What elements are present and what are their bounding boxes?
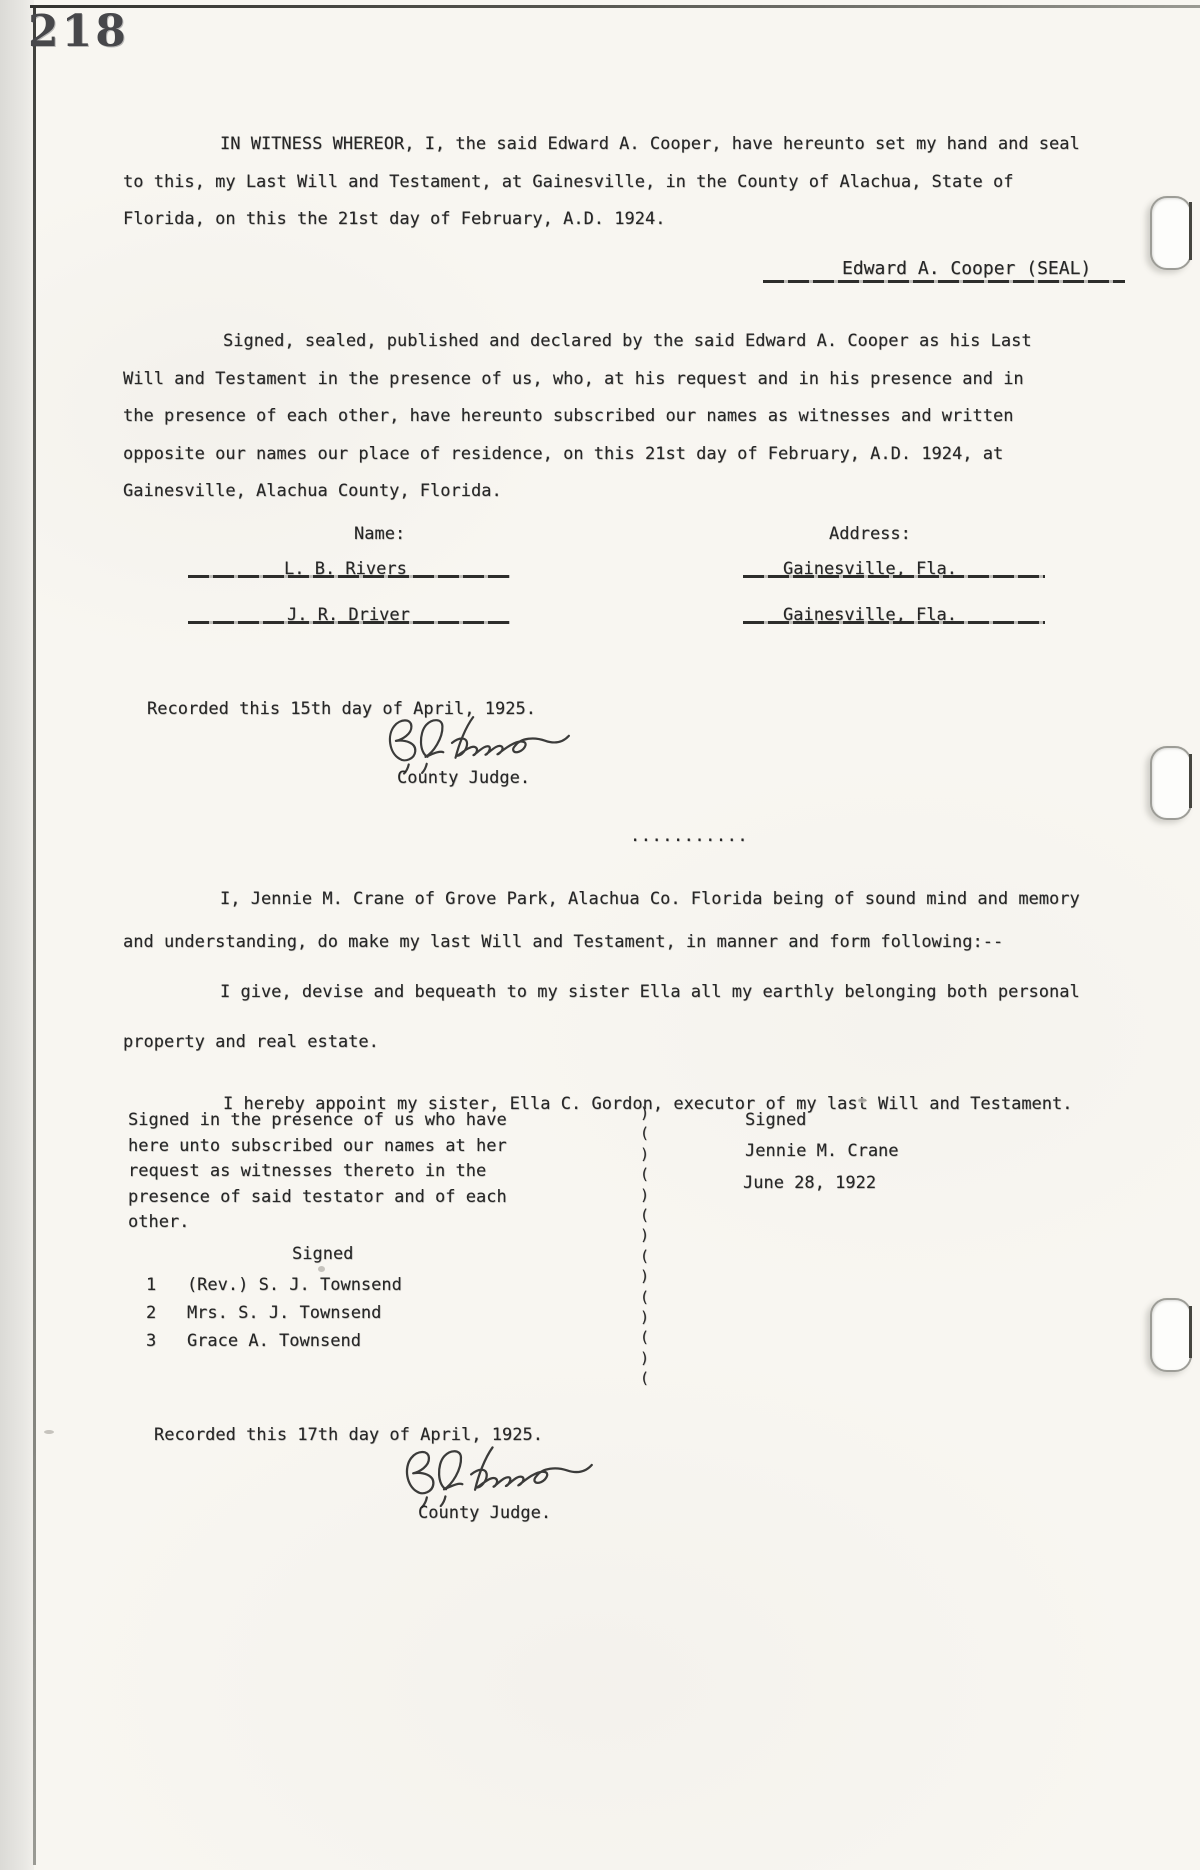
binder-hole-top-edge-mark — [1189, 202, 1192, 260]
crane-bequest-paragraph: I give, devise and bequeath to my sister… — [123, 967, 1080, 1067]
witness-2-name: J. R. Driver — [287, 597, 410, 635]
binder-hole-bottom-edge-mark — [1189, 1306, 1192, 1358]
witness-2-address: Gainesville, Fla. — [783, 597, 957, 635]
scan-edge-left — [0, 0, 34, 1870]
binder-hole-middle — [1150, 746, 1192, 820]
scan-speck — [318, 1266, 325, 1272]
witness-address-column-header: Address: — [829, 516, 911, 554]
scan-speck — [858, 1098, 866, 1103]
crane-judge-title: County Judge. — [418, 1495, 551, 1533]
binder-hole-bottom — [1150, 1298, 1192, 1372]
cooper-judge-title: County Judge. — [397, 760, 530, 798]
cooper-attestation-paragraph: Signed, sealed, published and declared b… — [123, 323, 1032, 511]
witness-2-name-underline — [188, 621, 510, 624]
page-number-stamp: 218 — [28, 6, 129, 57]
scan-speck — [44, 1430, 54, 1434]
witness-1-address-underline — [743, 575, 1045, 578]
crane-declaration-paragraph: I, Jennie M. Crane of Grove Park, Alachu… — [123, 878, 1080, 964]
witness-1-name-underline — [188, 575, 510, 578]
crane-witness-list: 1 (Rev.) S. J. Townsend 2 Mrs. S. J. Tow… — [146, 1271, 402, 1355]
crane-signature-date: June 28, 1922 — [743, 1168, 876, 1200]
scan-border-left-line — [33, 5, 36, 1865]
binder-hole-top — [1150, 196, 1192, 270]
cooper-seal-signature: Edward A. Cooper (SEAL) — [842, 254, 1091, 284]
witness-name-column-header: Name: — [354, 516, 405, 554]
witness-2-address-underline — [743, 621, 1045, 624]
witness-1-name: L. B. Rivers — [284, 551, 407, 589]
crane-attestation-paragraph: Signed in the presence of us who have he… — [128, 1108, 507, 1236]
cooper-in-witness-paragraph: IN WITNESS WHEREOR, I, the said Edward A… — [123, 126, 1080, 239]
crane-signature-name: Jennie M. Crane — [745, 1136, 899, 1168]
brace-paren-column: ) ( ) ( ) ( ) ( ) ( ) ( ) ( — [640, 1103, 649, 1389]
witness-1-address: Gainesville, Fla. — [783, 551, 957, 589]
crane-signed-label: Signed — [745, 1105, 806, 1137]
binder-hole-middle-edge-mark — [1189, 754, 1192, 808]
section-separator-dots: ........... — [630, 818, 748, 856]
record-book-page: 218 IN WITNESS WHEREOR, I, the said Edwa… — [0, 0, 1200, 1870]
scan-border-top-line — [30, 5, 1200, 8]
